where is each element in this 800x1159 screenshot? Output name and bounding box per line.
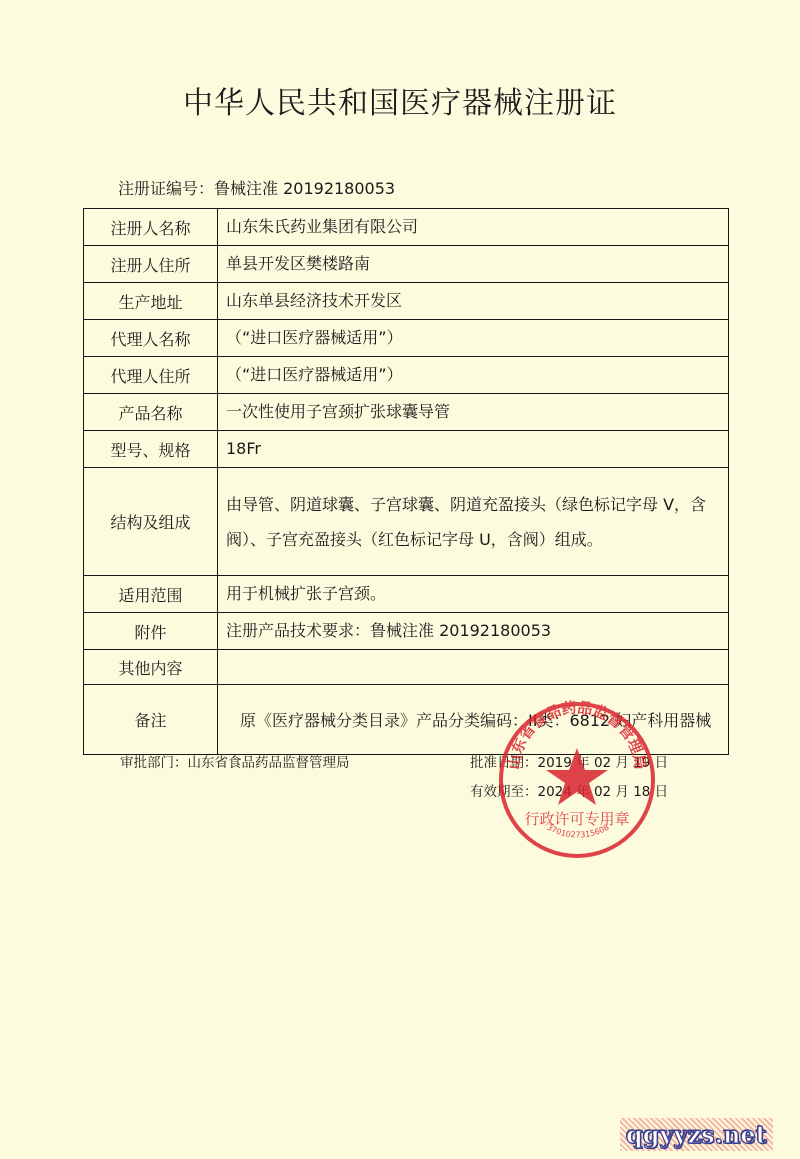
watermark: qgyyzs.net <box>620 1118 773 1151</box>
row-label: 其他内容 <box>84 650 218 685</box>
row-value: 山东单县经济技术开发区 <box>218 283 729 320</box>
approval-department: 审批部门：山东省食品药品监督管理局 <box>120 751 350 771</box>
row-value: 单县开发区樊楼路南 <box>218 246 729 283</box>
row-value: 山东朱氏药业集团有限公司 <box>218 209 729 246</box>
table-row: 型号、规格 18Fr <box>84 431 729 468</box>
row-label: 结构及组成 <box>84 468 218 576</box>
registration-number-label: 注册证编号： <box>118 179 214 198</box>
table-row: 注册人住所 单县开发区樊楼路南 <box>84 246 729 283</box>
row-label: 生产地址 <box>84 283 218 320</box>
row-value: 注册产品技术要求：鲁械注准 20192180053 <box>218 613 729 650</box>
row-value: 用于机械扩张子宫颈。 <box>218 576 729 613</box>
row-value: 由导管、阴道球囊、子宫球囊、阴道充盈接头（绿色标记字母 V，含阀）、子宫充盈接头… <box>218 468 729 576</box>
table-row: 生产地址 山东单县经济技术开发区 <box>84 283 729 320</box>
row-value: （“进口医疗器械适用”） <box>218 320 729 357</box>
table-row: 代理人住所 （“进口医疗器械适用”） <box>84 357 729 394</box>
row-label: 适用范围 <box>84 576 218 613</box>
seal-bottom-text: 行政许可专用章 <box>524 810 629 828</box>
row-value: 一次性使用子宫颈扩张球囊导管 <box>218 394 729 431</box>
row-label: 型号、规格 <box>84 431 218 468</box>
row-value: 18Fr <box>218 431 729 468</box>
valid-until: 有效期至：2024 年 02 月 18 日 <box>470 780 668 800</box>
table-row: 注册人名称 山东朱氏药业集团有限公司 <box>84 209 729 246</box>
table-row: 附件 注册产品技术要求：鲁械注准 20192180053 <box>84 613 729 650</box>
table-row: 结构及组成 由导管、阴道球囊、子宫球囊、阴道充盈接头（绿色标记字母 V，含阀）、… <box>84 468 729 576</box>
table-row: 其他内容 <box>84 650 729 685</box>
row-value <box>218 650 729 685</box>
table-row: 产品名称 一次性使用子宫颈扩张球囊导管 <box>84 394 729 431</box>
registration-number-value: 鲁械注准 20192180053 <box>214 179 395 198</box>
row-value: （“进口医疗器械适用”） <box>218 357 729 394</box>
row-label: 注册人住所 <box>84 246 218 283</box>
row-label: 代理人住所 <box>84 357 218 394</box>
row-label: 备注 <box>84 685 218 755</box>
seal-code: 3701027315608 <box>545 823 610 840</box>
page-title: 中华人民共和国医疗器械注册证 <box>0 78 800 122</box>
row-label: 产品名称 <box>84 394 218 431</box>
row-label: 附件 <box>84 613 218 650</box>
svg-text:3701027315608: 3701027315608 <box>545 823 610 840</box>
table-row: 代理人名称 （“进口医疗器械适用”） <box>84 320 729 357</box>
registration-number: 注册证编号：鲁械注准 20192180053 <box>118 176 395 199</box>
certificate-table: 注册人名称 山东朱氏药业集团有限公司 注册人住所 单县开发区樊楼路南 生产地址 … <box>83 208 729 755</box>
row-label: 代理人名称 <box>84 320 218 357</box>
table-row: 备注 原《医疗器械分类目录》产品分类编码：II类：6812 妇产科用器械 <box>84 685 729 755</box>
approval-date: 批准日期：2019 年 02 月 19 日 <box>470 751 668 771</box>
table-row: 适用范围 用于机械扩张子宫颈。 <box>84 576 729 613</box>
row-label: 注册人名称 <box>84 209 218 246</box>
row-value: 原《医疗器械分类目录》产品分类编码：II类：6812 妇产科用器械 <box>218 685 729 755</box>
